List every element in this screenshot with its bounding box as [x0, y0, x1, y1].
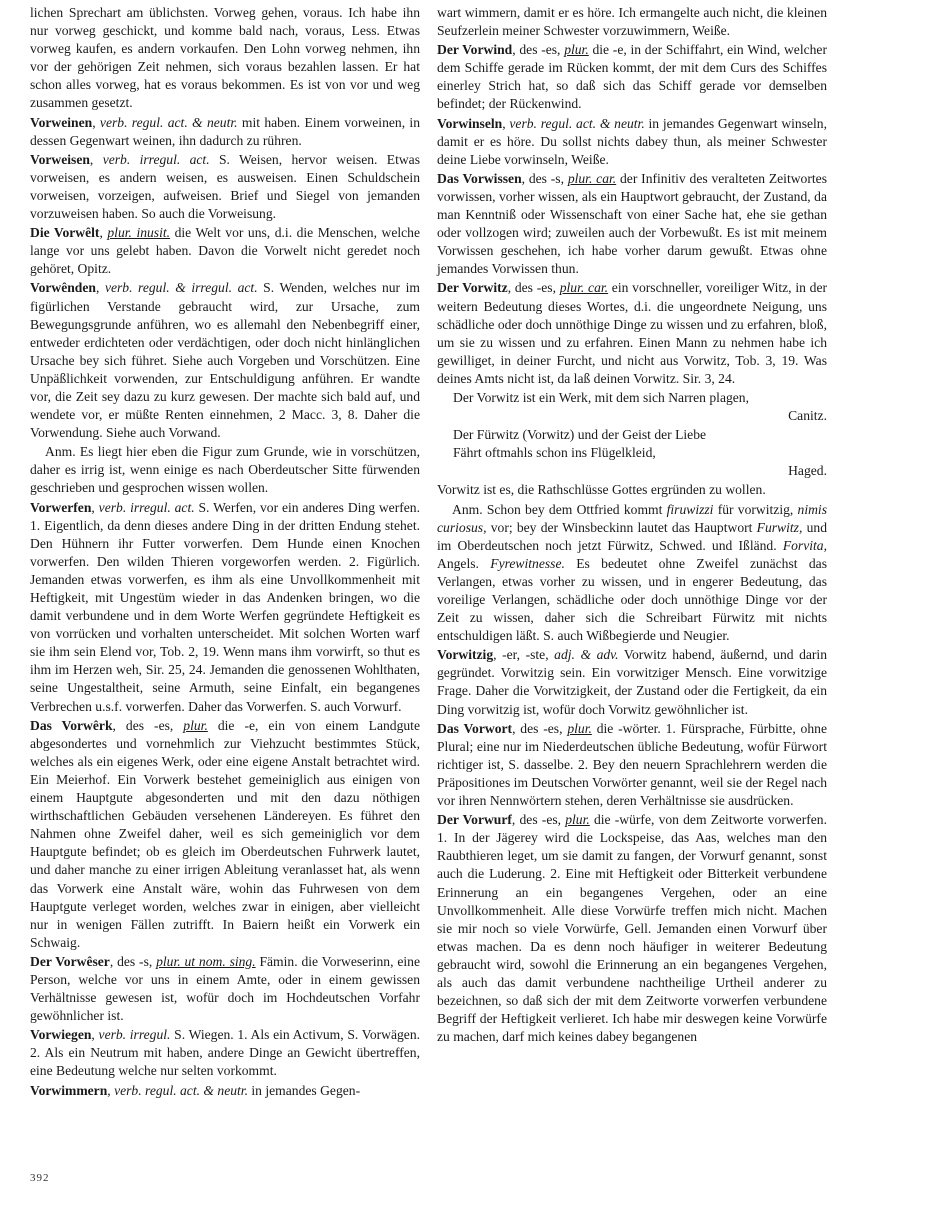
continued-text: Vorwitz ist es, die Rathschlüsse Gottes …	[437, 481, 827, 499]
entry-definition: in jemandes Gegen-	[248, 1083, 360, 1098]
entry-punct: , des -es,	[512, 42, 564, 57]
entry-definition: der Infinitiv des veralteten Zeitwortes …	[437, 171, 827, 276]
entry-punct: ,	[91, 500, 98, 515]
headword: Das Vorwort	[437, 721, 512, 736]
headword: Die Vorwêlt	[30, 225, 99, 240]
entry-punct: ,	[90, 152, 103, 167]
headword: Das Vorwêrk	[30, 718, 113, 733]
dictionary-entry: Vorwinseln, verb. regul. act. & neutr. i…	[437, 115, 827, 169]
entry-definition: S. Wenden, welches nur im figürlichen Ve…	[30, 280, 420, 440]
entry-definition: S. Werfen, vor ein anderes Ding werfen. …	[30, 500, 420, 714]
headword: Der Vorwind	[437, 42, 512, 57]
verse-source: Haged.	[437, 462, 827, 480]
dictionary-entry: Vorweisen, verb. irregul. act. S. Weisen…	[30, 151, 420, 223]
dictionary-entry: Vorwerfen, verb. irregul. act. S. Werfen…	[30, 499, 420, 716]
headword: Der Vorwurf	[437, 812, 512, 827]
grammar-label: plur.	[564, 42, 589, 57]
foreign-term: Fyrewitnesse.	[490, 556, 565, 571]
annotation-note: Anm. Es liegt hier eben die Figur zum Gr…	[30, 443, 420, 497]
foreign-term: Forvita,	[783, 538, 827, 553]
entry-punct: ,	[96, 280, 105, 295]
continued-text: wart wimmern, damit er es höre. Ich erma…	[437, 4, 827, 40]
headword: Der Vorwêser	[30, 954, 110, 969]
entry-punct: , -er, -ste,	[493, 647, 554, 662]
annotation-note: Anm. Schon bey dem Ottfried kommt firuwi…	[437, 501, 827, 646]
headword: Vorwênden	[30, 280, 96, 295]
headword: Vorweisen	[30, 152, 90, 167]
grammar-label: plur. inusit.	[107, 225, 170, 240]
dictionary-entry: Vorwiegen, verb. irregul. S. Wiegen. 1. …	[30, 1026, 420, 1080]
note-text: Anm. Es liegt hier eben die Figur zum Gr…	[30, 444, 420, 495]
foreign-term: firuwizzi	[667, 502, 714, 517]
dictionary-entry: Vorwitzig, -er, -ste, adj. & adv. Vorwit…	[437, 646, 827, 718]
continued-text: lichen Sprechart am üblichsten. Vorweg g…	[30, 4, 420, 113]
dictionary-entry: Die Vorwêlt, plur. inusit. die Welt vor …	[30, 224, 420, 278]
headword: Vorwimmern	[30, 1083, 107, 1098]
grammar-label: plur.	[565, 812, 590, 827]
note-text: vor; bey der Winsbeckinn lautet das Haup…	[486, 520, 756, 535]
dictionary-entry: Das Vorwort, des -es, plur. die -wörter.…	[437, 720, 827, 810]
note-text: Anm. Schon bey dem Ottfried kommt	[452, 502, 667, 517]
grammar-label: adj. & adv.	[554, 647, 618, 662]
headword: Vorweinen	[30, 115, 92, 130]
grammar-label: verb. irregul. act.	[103, 152, 210, 167]
dictionary-entry: Der Vorwind, des -es, plur. die -e, in d…	[437, 41, 827, 113]
entry-punct: , des -s,	[522, 171, 568, 186]
headword: Vorwinseln	[437, 116, 502, 131]
foreign-term: Furwitz,	[757, 520, 803, 535]
entry-definition: lichen Sprechart am üblichsten. Vorweg g…	[30, 5, 420, 110]
grammar-label: verb. regul. & irregul. act.	[105, 280, 258, 295]
grammar-label: verb. regul. act. & neutr.	[100, 115, 238, 130]
dictionary-entry: Das Vorwissen, des -s, plur. car. der In…	[437, 170, 827, 279]
verse-quote: Der Fürwitz (Vorwitz) und der Geist der …	[437, 426, 827, 480]
grammar-label: plur.	[567, 721, 592, 736]
verse-line: Fährt oftmahls schon ins Flügelkleid,	[437, 444, 827, 462]
headword: Das Vorwissen	[437, 171, 522, 186]
dictionary-entry: Vorweinen, verb. regul. act. & neutr. mi…	[30, 114, 420, 150]
grammar-label: plur. car.	[568, 171, 616, 186]
headword: Der Vorwitz	[437, 280, 508, 295]
entry-punct: , des -s,	[110, 954, 156, 969]
dictionary-entry: Vorwimmern, verb. regul. act. & neutr. i…	[30, 1082, 420, 1100]
entry-punct: , des -es,	[508, 280, 560, 295]
grammar-label: plur. ut nom. sing.	[156, 954, 256, 969]
right-column: wart wimmern, damit er es höre. Ich erma…	[437, 4, 827, 1046]
grammar-label: verb. irregul.	[99, 1027, 171, 1042]
entry-punct: , des -es,	[113, 718, 184, 733]
verse-quote: Der Vorwitz ist ein Werk, mit dem sich N…	[437, 389, 827, 425]
dictionary-entry: Vorwênden, verb. regul. & irregul. act. …	[30, 279, 420, 442]
verse-line: Der Fürwitz (Vorwitz) und der Geist der …	[437, 426, 827, 444]
note-text: für vorwitzig,	[713, 502, 797, 517]
note-text: Angels.	[437, 556, 490, 571]
dictionary-entry: Der Vorwurf, des -es, plur. die -würfe, …	[437, 811, 827, 1046]
entry-definition: Vorwitz ist es, die Rathschlüsse Gottes …	[437, 482, 766, 497]
verse-source: Canitz.	[437, 407, 827, 425]
page-number: 392	[30, 1172, 50, 1184]
grammar-label: plur. car.	[560, 280, 608, 295]
entry-definition: ein vorschneller, voreiliger Witz, in de…	[437, 280, 827, 385]
dictionary-entry: Der Vorwêser, des -s, plur. ut nom. sing…	[30, 953, 420, 1025]
entry-definition: die -e, ein von einem Landgute abgesonde…	[30, 718, 420, 950]
grammar-label: verb. regul. act. & neutr.	[509, 116, 644, 131]
left-column: lichen Sprechart am üblichsten. Vorweg g…	[30, 4, 420, 1100]
headword: Vorwitzig	[437, 647, 493, 662]
entry-punct: ,	[92, 115, 100, 130]
entry-definition: die -würfe, von dem Zeitworte vorwerfen.…	[437, 812, 827, 1044]
grammar-label: verb. irregul. act.	[99, 500, 195, 515]
entry-punct: ,	[91, 1027, 98, 1042]
entry-definition: wart wimmern, damit er es höre. Ich erma…	[437, 5, 827, 38]
dictionary-entry: Das Vorwêrk, des -es, plur. die -e, ein …	[30, 717, 420, 952]
entry-punct: , des -es,	[512, 721, 567, 736]
headword: Vorwiegen	[30, 1027, 91, 1042]
grammar-label: plur.	[183, 718, 208, 733]
headword: Vorwerfen	[30, 500, 91, 515]
grammar-label: verb. regul. act. & neutr.	[114, 1083, 248, 1098]
entry-punct: , des -es,	[512, 812, 565, 827]
verse-line: Der Vorwitz ist ein Werk, mit dem sich N…	[437, 389, 827, 407]
dictionary-entry: Der Vorwitz, des -es, plur. car. ein vor…	[437, 279, 827, 388]
